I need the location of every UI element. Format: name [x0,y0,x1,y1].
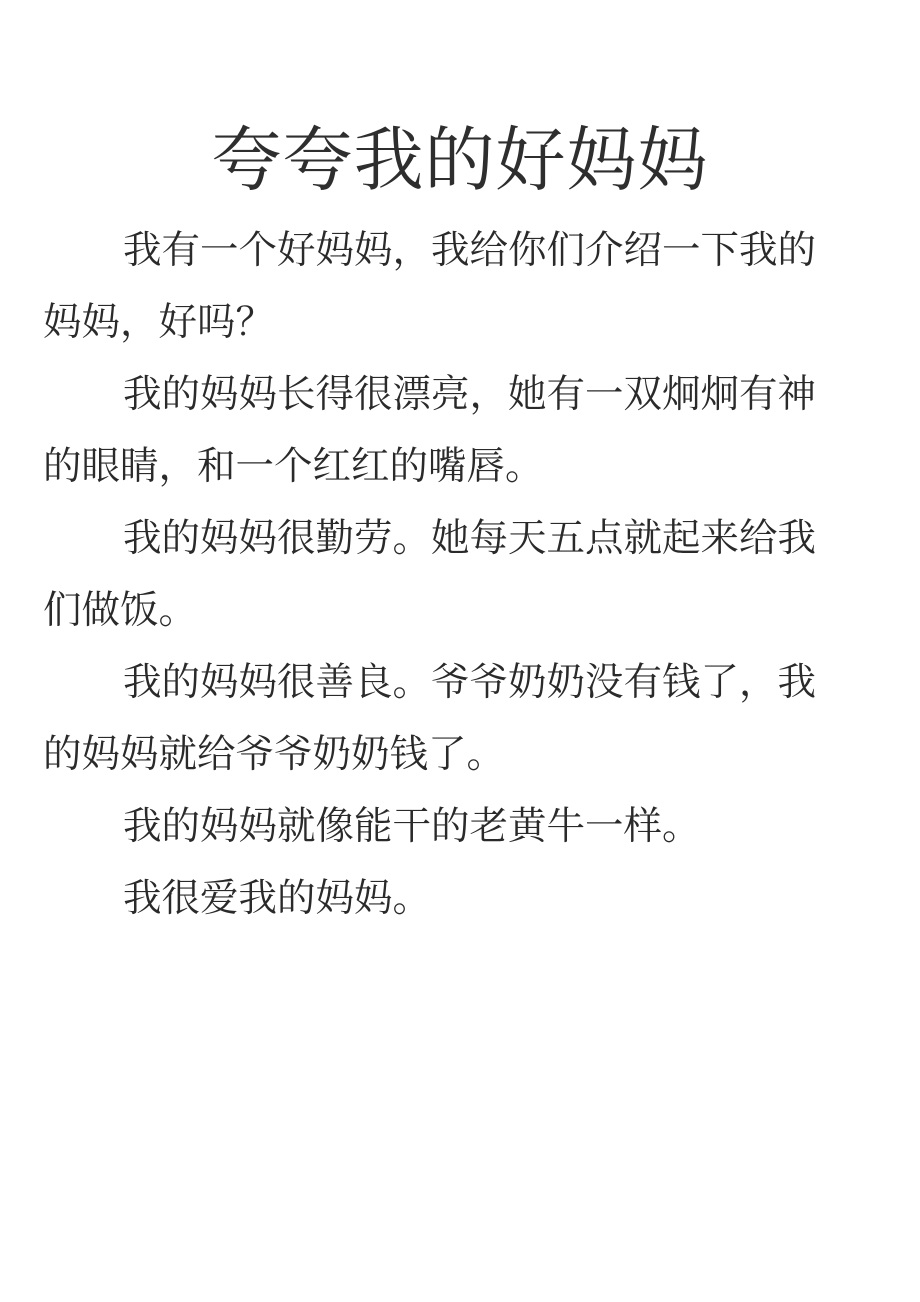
paragraph-conclusion: 我很爱我的妈妈。 [43,863,849,935]
document-page: 夸夸我的好妈妈 我有一个好妈妈，我给你们介绍一下我的妈妈，好吗？ 我的妈妈长得很… [0,0,920,1302]
paragraph-diligent: 我的妈妈很勤劳。她每天五点就起来给我们做饭。 [43,503,849,647]
essay-body: 我有一个好妈妈，我给你们介绍一下我的妈妈，好吗？ 我的妈妈长得很漂亮，她有一双炯… [43,215,849,935]
essay-title: 夸夸我的好妈妈 [0,118,920,202]
paragraph-kind: 我的妈妈很善良。爷爷奶奶没有钱了，我的妈妈就给爷爷奶奶钱了。 [43,647,849,791]
paragraph-appearance: 我的妈妈长得很漂亮，她有一双炯炯有神的眼睛，和一个红红的嘴唇。 [43,359,849,503]
paragraph-comparison: 我的妈妈就像能干的老黄牛一样。 [43,791,849,863]
paragraph-intro: 我有一个好妈妈，我给你们介绍一下我的妈妈，好吗？ [43,215,849,359]
